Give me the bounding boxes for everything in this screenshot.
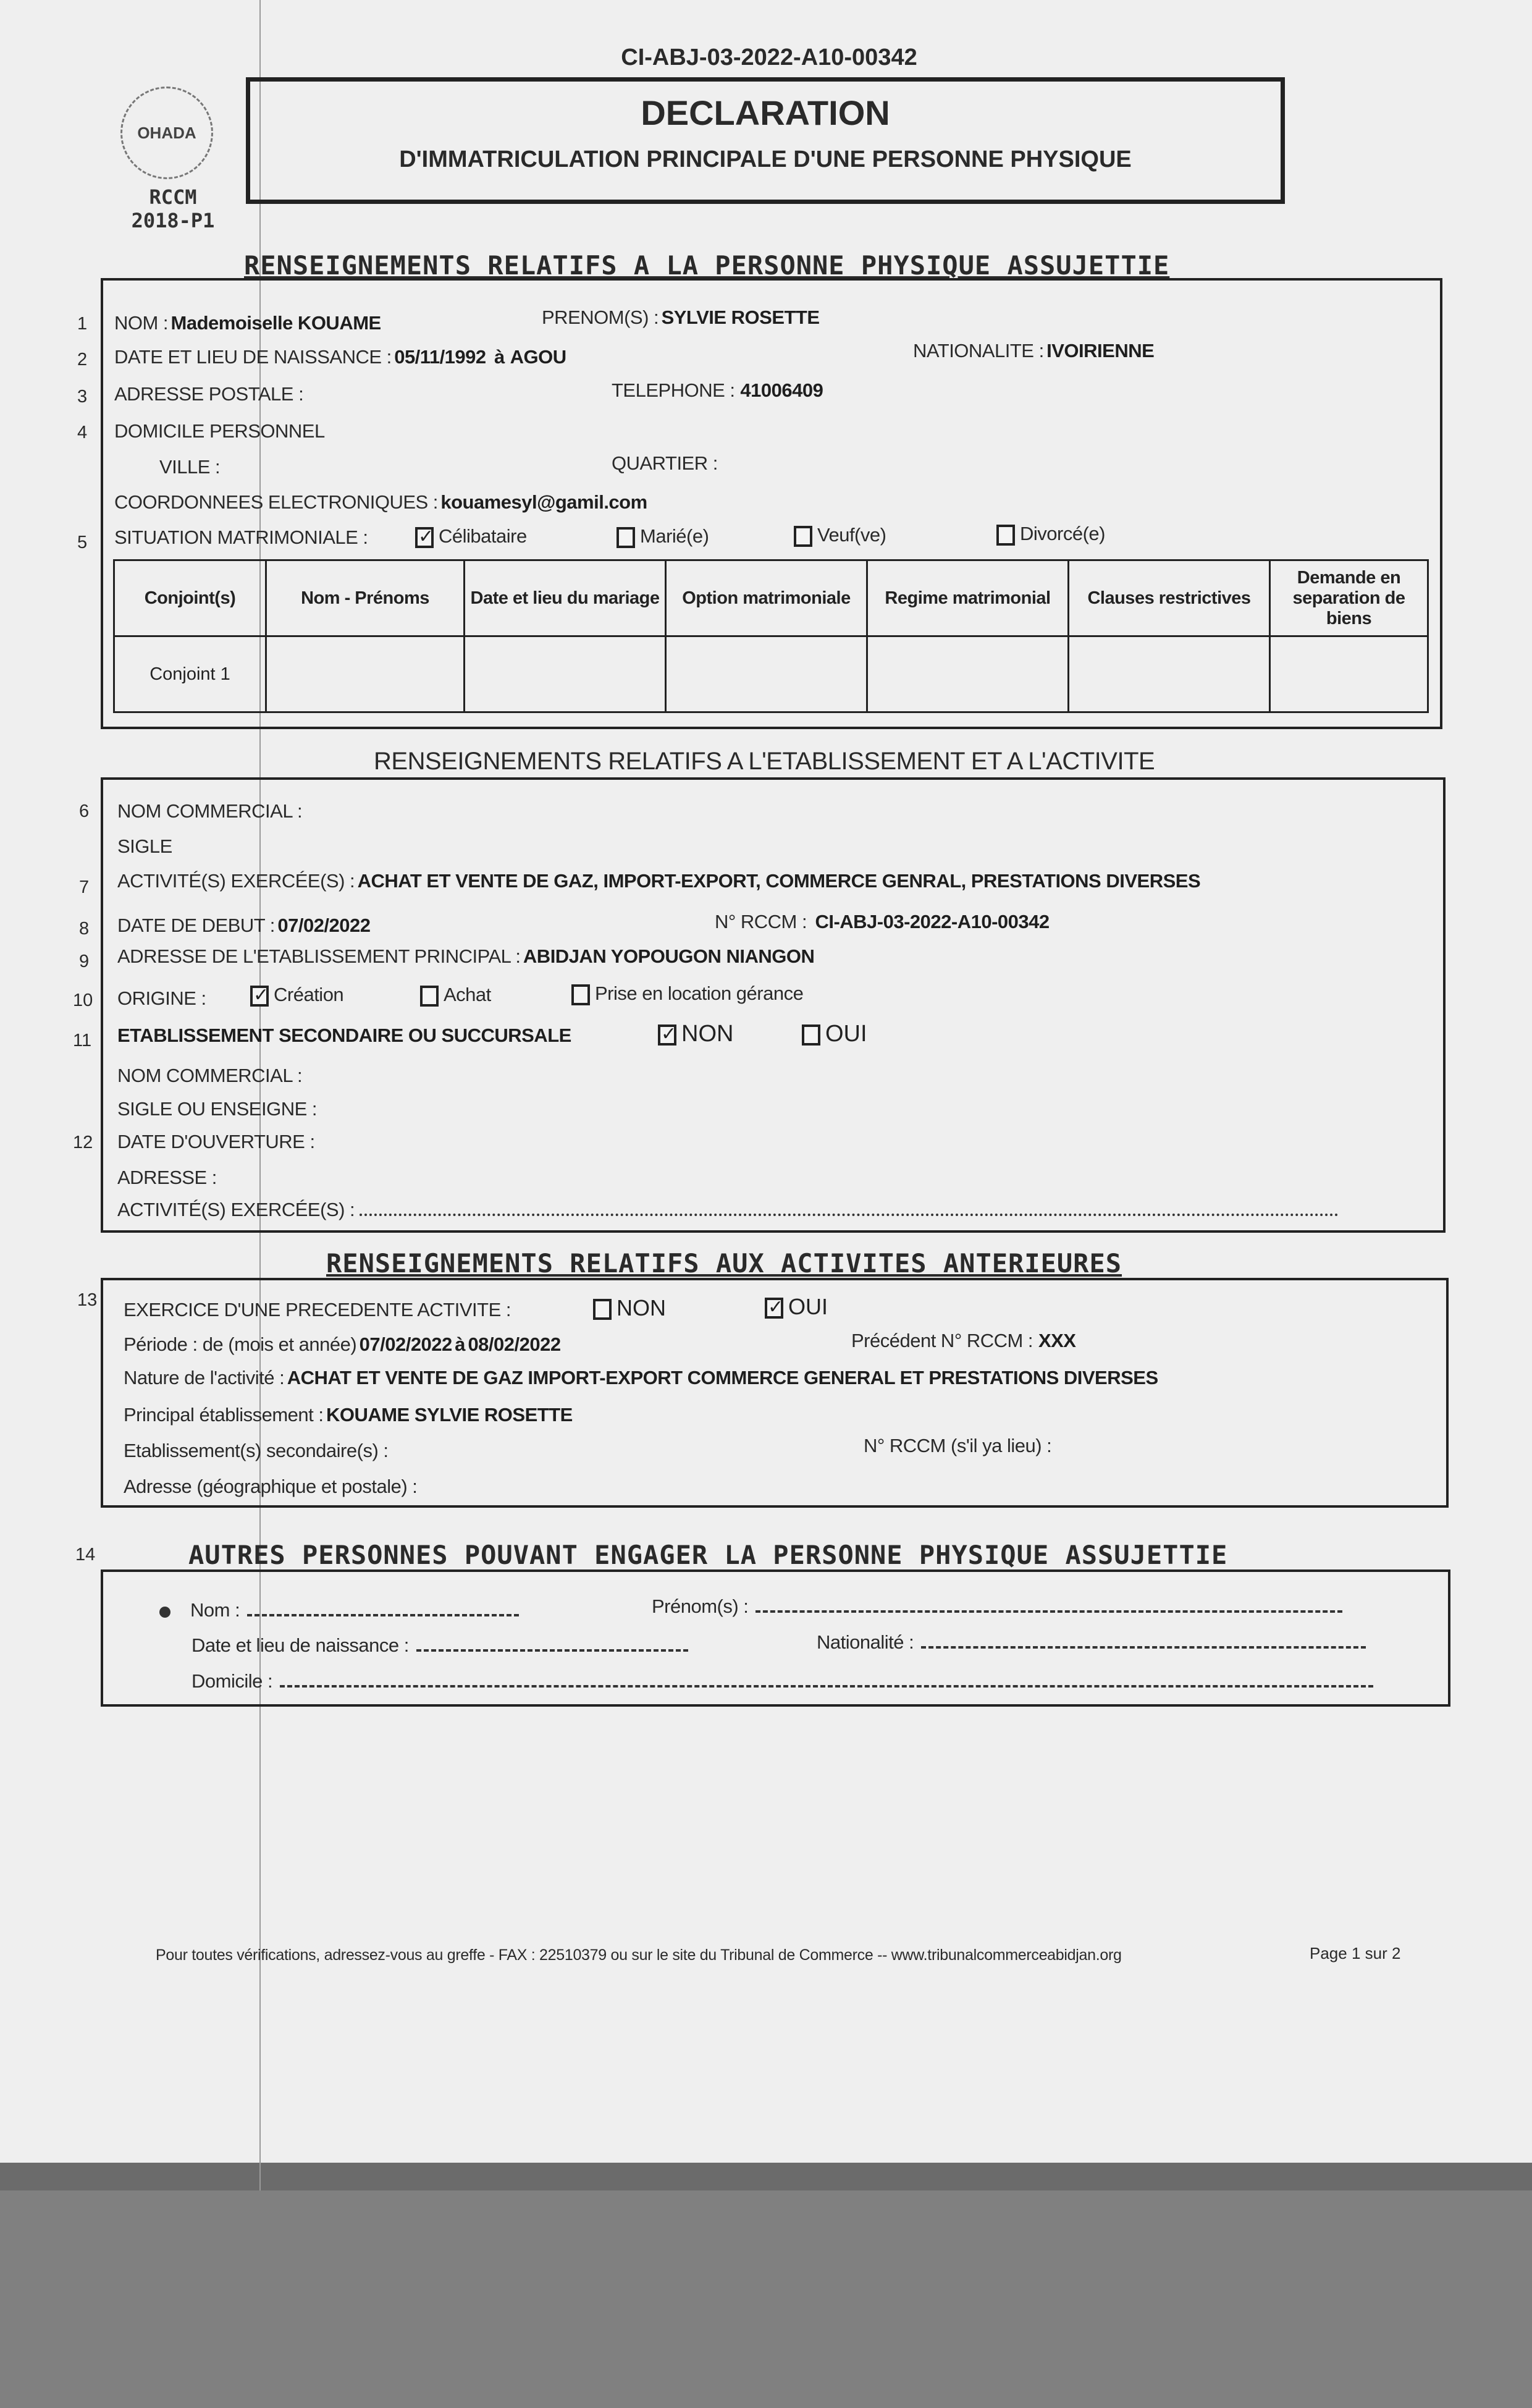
option-exercice-non[interactable]: NON bbox=[593, 1295, 666, 1321]
checkbox-icon[interactable] bbox=[802, 1024, 820, 1046]
coordonnees-field: COORDONNEES ELECTRONIQUES : kouamesyl@ga… bbox=[114, 491, 647, 513]
checkbox-checked-icon[interactable] bbox=[250, 986, 269, 1007]
autre-prenoms-field[interactable]: Prénom(s) : bbox=[652, 1595, 1342, 1618]
rccm-field: N° RCCM : CI-ABJ-03-2022-A10-00342 bbox=[715, 911, 1050, 933]
title-box: DECLARATION D'IMMATRICULATION PRINCIPALE… bbox=[246, 77, 1285, 204]
column-header: Regime matrimonial bbox=[867, 560, 1069, 636]
autre-nationalite-field[interactable]: Nationalité : bbox=[817, 1631, 1366, 1654]
adresse-postale-label: ADRESSE POSTALE : bbox=[114, 383, 303, 405]
checkbox-icon[interactable] bbox=[571, 984, 590, 1005]
nature-activite-field: Nature de l'activité : ACHAT ET VENTE DE… bbox=[124, 1367, 1158, 1389]
row-number: 6 bbox=[79, 801, 89, 822]
table-cell[interactable] bbox=[465, 636, 666, 712]
option-divorce[interactable]: Divorcé(e) bbox=[996, 523, 1105, 546]
dashed-line bbox=[416, 1649, 688, 1652]
row-number: 2 bbox=[77, 350, 87, 370]
row-number: 11 bbox=[73, 1031, 91, 1051]
scanner-edge bbox=[0, 2163, 1532, 2190]
ohada-logo: OHADA bbox=[120, 87, 213, 179]
checkbox-checked-icon[interactable] bbox=[415, 527, 434, 548]
checkbox-icon[interactable] bbox=[420, 986, 439, 1007]
page-number: Page 1 sur 2 bbox=[1310, 1944, 1400, 1963]
option-exercice-oui[interactable]: OUI bbox=[765, 1294, 828, 1320]
option-creation[interactable]: Création bbox=[250, 984, 343, 1007]
column-header: Clauses restrictives bbox=[1069, 560, 1270, 636]
row-number: 5 bbox=[77, 533, 87, 553]
option-achat[interactable]: Achat bbox=[420, 984, 491, 1007]
form-code: RCCM 2018-P1 bbox=[127, 185, 219, 232]
quartier-label: QUARTIER : bbox=[612, 452, 718, 475]
origine-label: ORIGINE : bbox=[117, 987, 206, 1010]
dashed-line bbox=[755, 1610, 1342, 1613]
sec-date-ouverture-label: DATE D'OUVERTURE : bbox=[117, 1131, 315, 1153]
row-number: 8 bbox=[79, 919, 89, 939]
date-debut-field: DATE DE DEBUT : 07/02/2022 bbox=[117, 915, 371, 937]
table-header-row: Conjoint(s) Nom - Prénoms Date et lieu d… bbox=[114, 560, 1428, 636]
option-secondaire-non[interactable]: NON bbox=[658, 1021, 733, 1047]
column-header: Demande en separation de biens bbox=[1270, 560, 1428, 636]
document-subtitle: D'IMMATRICULATION PRINCIPALE D'UNE PERSO… bbox=[250, 146, 1281, 173]
nom-commercial-label: NOM COMMERCIAL : bbox=[117, 800, 302, 822]
checkbox-checked-icon[interactable] bbox=[658, 1024, 676, 1046]
ville-label: VILLE : bbox=[159, 456, 220, 478]
checkbox-icon[interactable] bbox=[593, 1299, 612, 1320]
principal-etablissement-field: Principal établissement : KOUAME SYLVIE … bbox=[124, 1404, 573, 1426]
prenoms-field: PRENOM(S) : SYLVIE ROSETTE bbox=[542, 306, 820, 329]
autre-nom-field[interactable]: Nom : bbox=[190, 1599, 519, 1621]
sec-nom-commercial-label: NOM COMMERCIAL : bbox=[117, 1065, 302, 1087]
option-marie[interactable]: Marié(e) bbox=[617, 525, 709, 548]
row-number: 3 bbox=[77, 387, 87, 407]
table-cell[interactable] bbox=[1069, 636, 1270, 712]
row-number: 13 bbox=[77, 1290, 97, 1311]
conjoints-table: Conjoint(s) Nom - Prénoms Date et lieu d… bbox=[113, 559, 1429, 713]
adresse-anterieure-label: Adresse (géographique et postale) : bbox=[124, 1476, 417, 1498]
naissance-field: DATE ET LIEU DE NAISSANCE : 05/11/1992 à… bbox=[114, 346, 566, 368]
nom-field: NOM : Mademoiselle KOUAME bbox=[114, 312, 381, 334]
sec-sigle-label: SIGLE OU ENSEIGNE : bbox=[117, 1098, 317, 1120]
table-cell[interactable] bbox=[266, 636, 465, 712]
table-row: Conjoint 1 bbox=[114, 636, 1428, 712]
nationalite-field: NATIONALITE : IVOIRIENNE bbox=[913, 340, 1154, 362]
column-header: Conjoint(s) bbox=[114, 560, 266, 636]
option-location-gerance[interactable]: Prise en location gérance bbox=[571, 982, 803, 1005]
section3-heading: RENSEIGNEMENTS RELATIFS AUX ACTIVITES AN… bbox=[326, 1248, 1122, 1278]
rccm-lieu-label: N° RCCM (s'il ya lieu) : bbox=[864, 1435, 1051, 1457]
periode-field: Période : de (mois et année) 07/02/2022 … bbox=[124, 1333, 561, 1356]
adresse-etablissement-field: ADRESSE DE L'ETABLISSEMENT PRINCIPAL : A… bbox=[117, 945, 814, 968]
activites-field: ACTIVITÉ(S) EXERCÉE(S) : ACHAT ET VENTE … bbox=[117, 870, 1200, 892]
row-number: 10 bbox=[73, 991, 93, 1011]
autre-naissance-field[interactable]: Date et lieu de naissance : bbox=[192, 1634, 688, 1657]
rccm-number-header: CI-ABJ-03-2022-A10-00342 bbox=[0, 44, 1532, 71]
option-secondaire-oui[interactable]: OUI bbox=[802, 1021, 867, 1047]
column-header: Option matrimoniale bbox=[666, 560, 867, 636]
autre-domicile-field[interactable]: Domicile : bbox=[192, 1670, 1373, 1692]
row-number: 1 bbox=[77, 314, 87, 334]
checkbox-icon[interactable] bbox=[617, 527, 635, 548]
bullet-icon bbox=[159, 1607, 170, 1618]
document-title: DECLARATION bbox=[250, 93, 1281, 133]
option-celibataire[interactable]: Célibataire bbox=[415, 525, 527, 548]
secondaire-label: ETABLISSEMENT SECONDAIRE OU SUCCURSALE bbox=[117, 1024, 571, 1047]
secondaires-label: Etablissement(s) secondaire(s) : bbox=[124, 1440, 389, 1462]
sec-adresse-label: ADRESSE : bbox=[117, 1167, 217, 1189]
dashed-line bbox=[921, 1646, 1366, 1649]
exercice-label: EXERCICE D'UNE PRECEDENTE ACTIVITE : bbox=[124, 1299, 511, 1321]
footer-note: Pour toutes vérifications, adressez-vous… bbox=[156, 1946, 1122, 1964]
option-veuf[interactable]: Veuf(ve) bbox=[794, 524, 886, 547]
telephone-field: TELEPHONE : 41006409 bbox=[612, 379, 823, 402]
checkbox-icon[interactable] bbox=[794, 526, 812, 547]
section1-heading: RENSEIGNEMENTS RELATIFS A LA PERSONNE PH… bbox=[244, 250, 1169, 281]
table-cell[interactable] bbox=[1270, 636, 1428, 712]
situation-matrimoniale: SITUATION MATRIMONIALE : bbox=[114, 526, 368, 549]
checkbox-icon[interactable] bbox=[996, 525, 1015, 546]
row-number: 12 bbox=[73, 1133, 93, 1153]
row-number: 4 bbox=[77, 423, 87, 443]
table-cell[interactable] bbox=[666, 636, 867, 712]
dotted-line bbox=[360, 1214, 1339, 1216]
precedent-rccm-field: Précédent N° RCCM : XXX bbox=[851, 1330, 1075, 1352]
dashed-line bbox=[247, 1614, 519, 1616]
column-header: Nom - Prénoms bbox=[266, 560, 465, 636]
dashed-line bbox=[280, 1685, 1373, 1688]
column-header: Date et lieu du mariage bbox=[465, 560, 666, 636]
table-cell[interactable] bbox=[867, 636, 1069, 712]
sigle-label: SIGLE bbox=[117, 835, 172, 858]
row-number: 9 bbox=[79, 952, 89, 972]
sec-activites-field: ACTIVITÉ(S) EXERCÉE(S) : bbox=[117, 1199, 1339, 1221]
domicile-label: DOMICILE PERSONNEL bbox=[114, 420, 325, 442]
section4-heading: AUTRES PERSONNES POUVANT ENGAGER LA PERS… bbox=[188, 1540, 1227, 1570]
section2-heading: RENSEIGNEMENTS RELATIFS A L'ETABLISSEMEN… bbox=[374, 748, 1155, 775]
row-number: 14 bbox=[75, 1545, 95, 1565]
checkbox-checked-icon[interactable] bbox=[765, 1298, 783, 1319]
table-cell: Conjoint 1 bbox=[114, 636, 266, 712]
row-number: 7 bbox=[79, 877, 89, 898]
